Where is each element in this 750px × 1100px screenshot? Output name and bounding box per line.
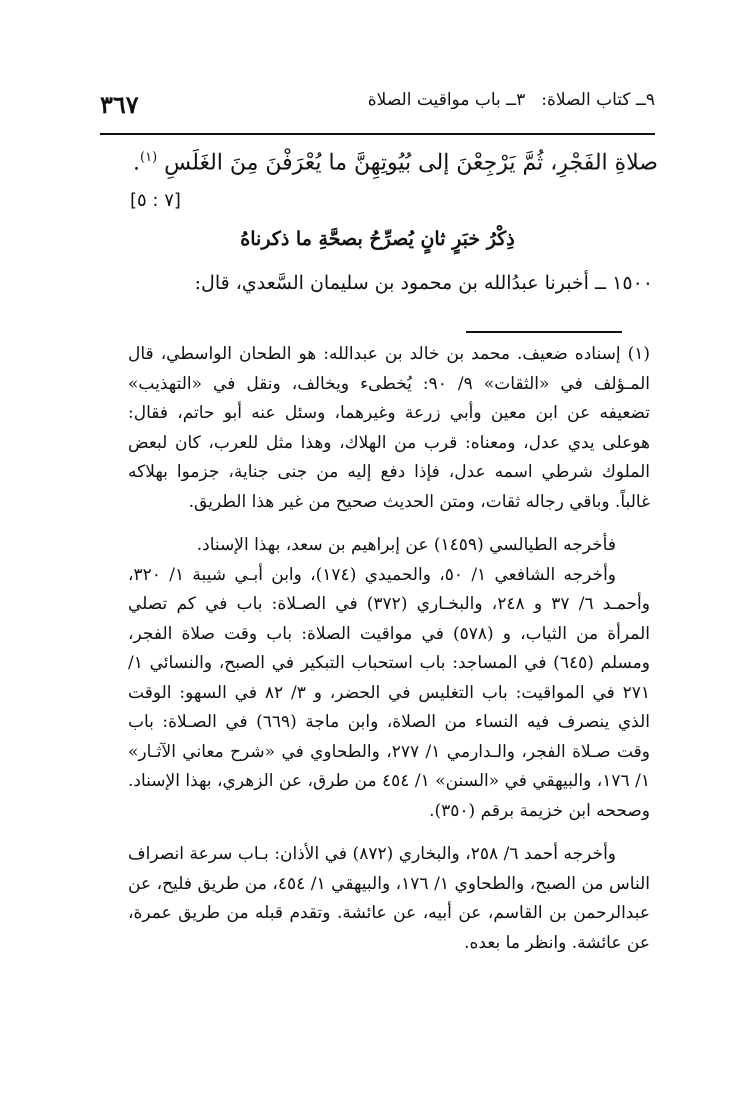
hadith-continuation: صلاةِ الفَجْرِ، ثُمَّ يَرْجِعْنَ إلى بُي…: [78, 140, 658, 181]
section-heading: ذِكْرُ خبَرٍ ثانٍ يُصرِّحُ بصحَّةِ ما ذك…: [100, 228, 655, 250]
hadith-intro: ١٥٠٠ ــ أخبرنا عبدُالله بن محمود بن سليم…: [195, 272, 653, 294]
running-head: ٩ــ كتاب الصلاة:٣ــ باب مواقيت الصلاة: [368, 90, 655, 110]
end-punctuation: .: [133, 150, 140, 175]
footnote-paragraph-3: وأخرجه الشافعي ١/ ٥٠، والحميدي (١٧٤)، وا…: [128, 561, 650, 827]
footnote-paragraph-2: فأخرجه الطيالسي (١٤٥٩) عن إبراهيم بن سعد…: [128, 531, 650, 561]
footnote-rule: [466, 331, 622, 333]
footnote-1: (١) إسناده ضعيف. محمد بن خالد بن عبدالله…: [128, 340, 650, 517]
section-title: ٣ــ باب مواقيت الصلاة: [368, 90, 525, 110]
footnotes: (١) إسناده ضعيف. محمد بن خالد بن عبدالله…: [128, 340, 650, 958]
footnote-paragraph-4: وأخرجه أحمد ٦/ ٢٥٨، والبخاري (٨٧٢) في ال…: [128, 840, 650, 958]
page-number: ٣٦٧: [100, 90, 139, 119]
continuation-text: صلاةِ الفَجْرِ، ثُمَّ يَرْجِعْنَ إلى بُي…: [164, 150, 658, 175]
header-rule: [100, 133, 655, 135]
reference-bracket: [٧ : ٥]: [130, 190, 181, 211]
footnote-marker[interactable]: (١): [140, 150, 157, 165]
page-header: ٣٦٧ ٩ــ كتاب الصلاة:٣ــ باب مواقيت الصلا…: [100, 86, 655, 118]
chapter-title: ٩ــ كتاب الصلاة:: [541, 90, 655, 110]
book-page: ٣٦٧ ٩ــ كتاب الصلاة:٣ــ باب مواقيت الصلا…: [0, 0, 750, 1100]
